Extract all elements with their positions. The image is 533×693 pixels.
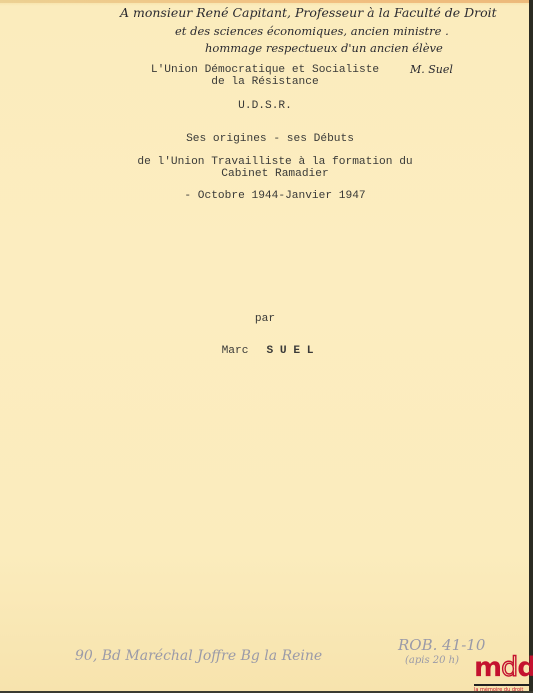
title-line-1: L'Union Démocratique et Socialiste — [145, 64, 385, 76]
title-line-2: de la Résistance — [145, 76, 385, 88]
author-first-name: Marc — [210, 345, 260, 357]
scan-right-edge — [529, 0, 533, 693]
dedication-line-2: et des sciences économiques, ancien mini… — [175, 24, 449, 38]
pencil-call-note: (apis 20 h) — [405, 655, 459, 666]
logo-text: mdd — [474, 653, 533, 683]
pencil-address-note: 90, Bd Maréchal Joffre Bg la Reine — [75, 648, 322, 664]
logo-underline — [474, 684, 530, 686]
document-page: A monsieur René Capitant, Professeur à l… — [0, 0, 530, 691]
dedication-line-1: A monsieur René Capitant, Professeur à l… — [120, 5, 497, 20]
subtitle-2-line-1: de l'Union Travailliste à la formation d… — [130, 156, 420, 168]
paper-top-edge — [0, 0, 530, 3]
subtitle-2-line-2: Cabinet Ramadier — [180, 168, 370, 180]
subtitle: Ses origines - ses Débuts — [150, 133, 390, 145]
mdd-logo: mdd la mémoire du droit — [474, 659, 530, 693]
acronym: U.D.S.R. — [215, 100, 315, 112]
signature: M. Suel — [410, 63, 453, 76]
date-range: - Octobre 1944-Janvier 1947 — [140, 190, 410, 202]
by-label: par — [240, 313, 290, 325]
pencil-call-number: ROB. 41-10 — [398, 636, 485, 654]
logo-tagline: la mémoire du droit — [474, 687, 523, 693]
author-last-name: S U E L — [255, 345, 325, 357]
dedication-line-3: hommage respectueux d'un ancien élève — [205, 41, 443, 55]
